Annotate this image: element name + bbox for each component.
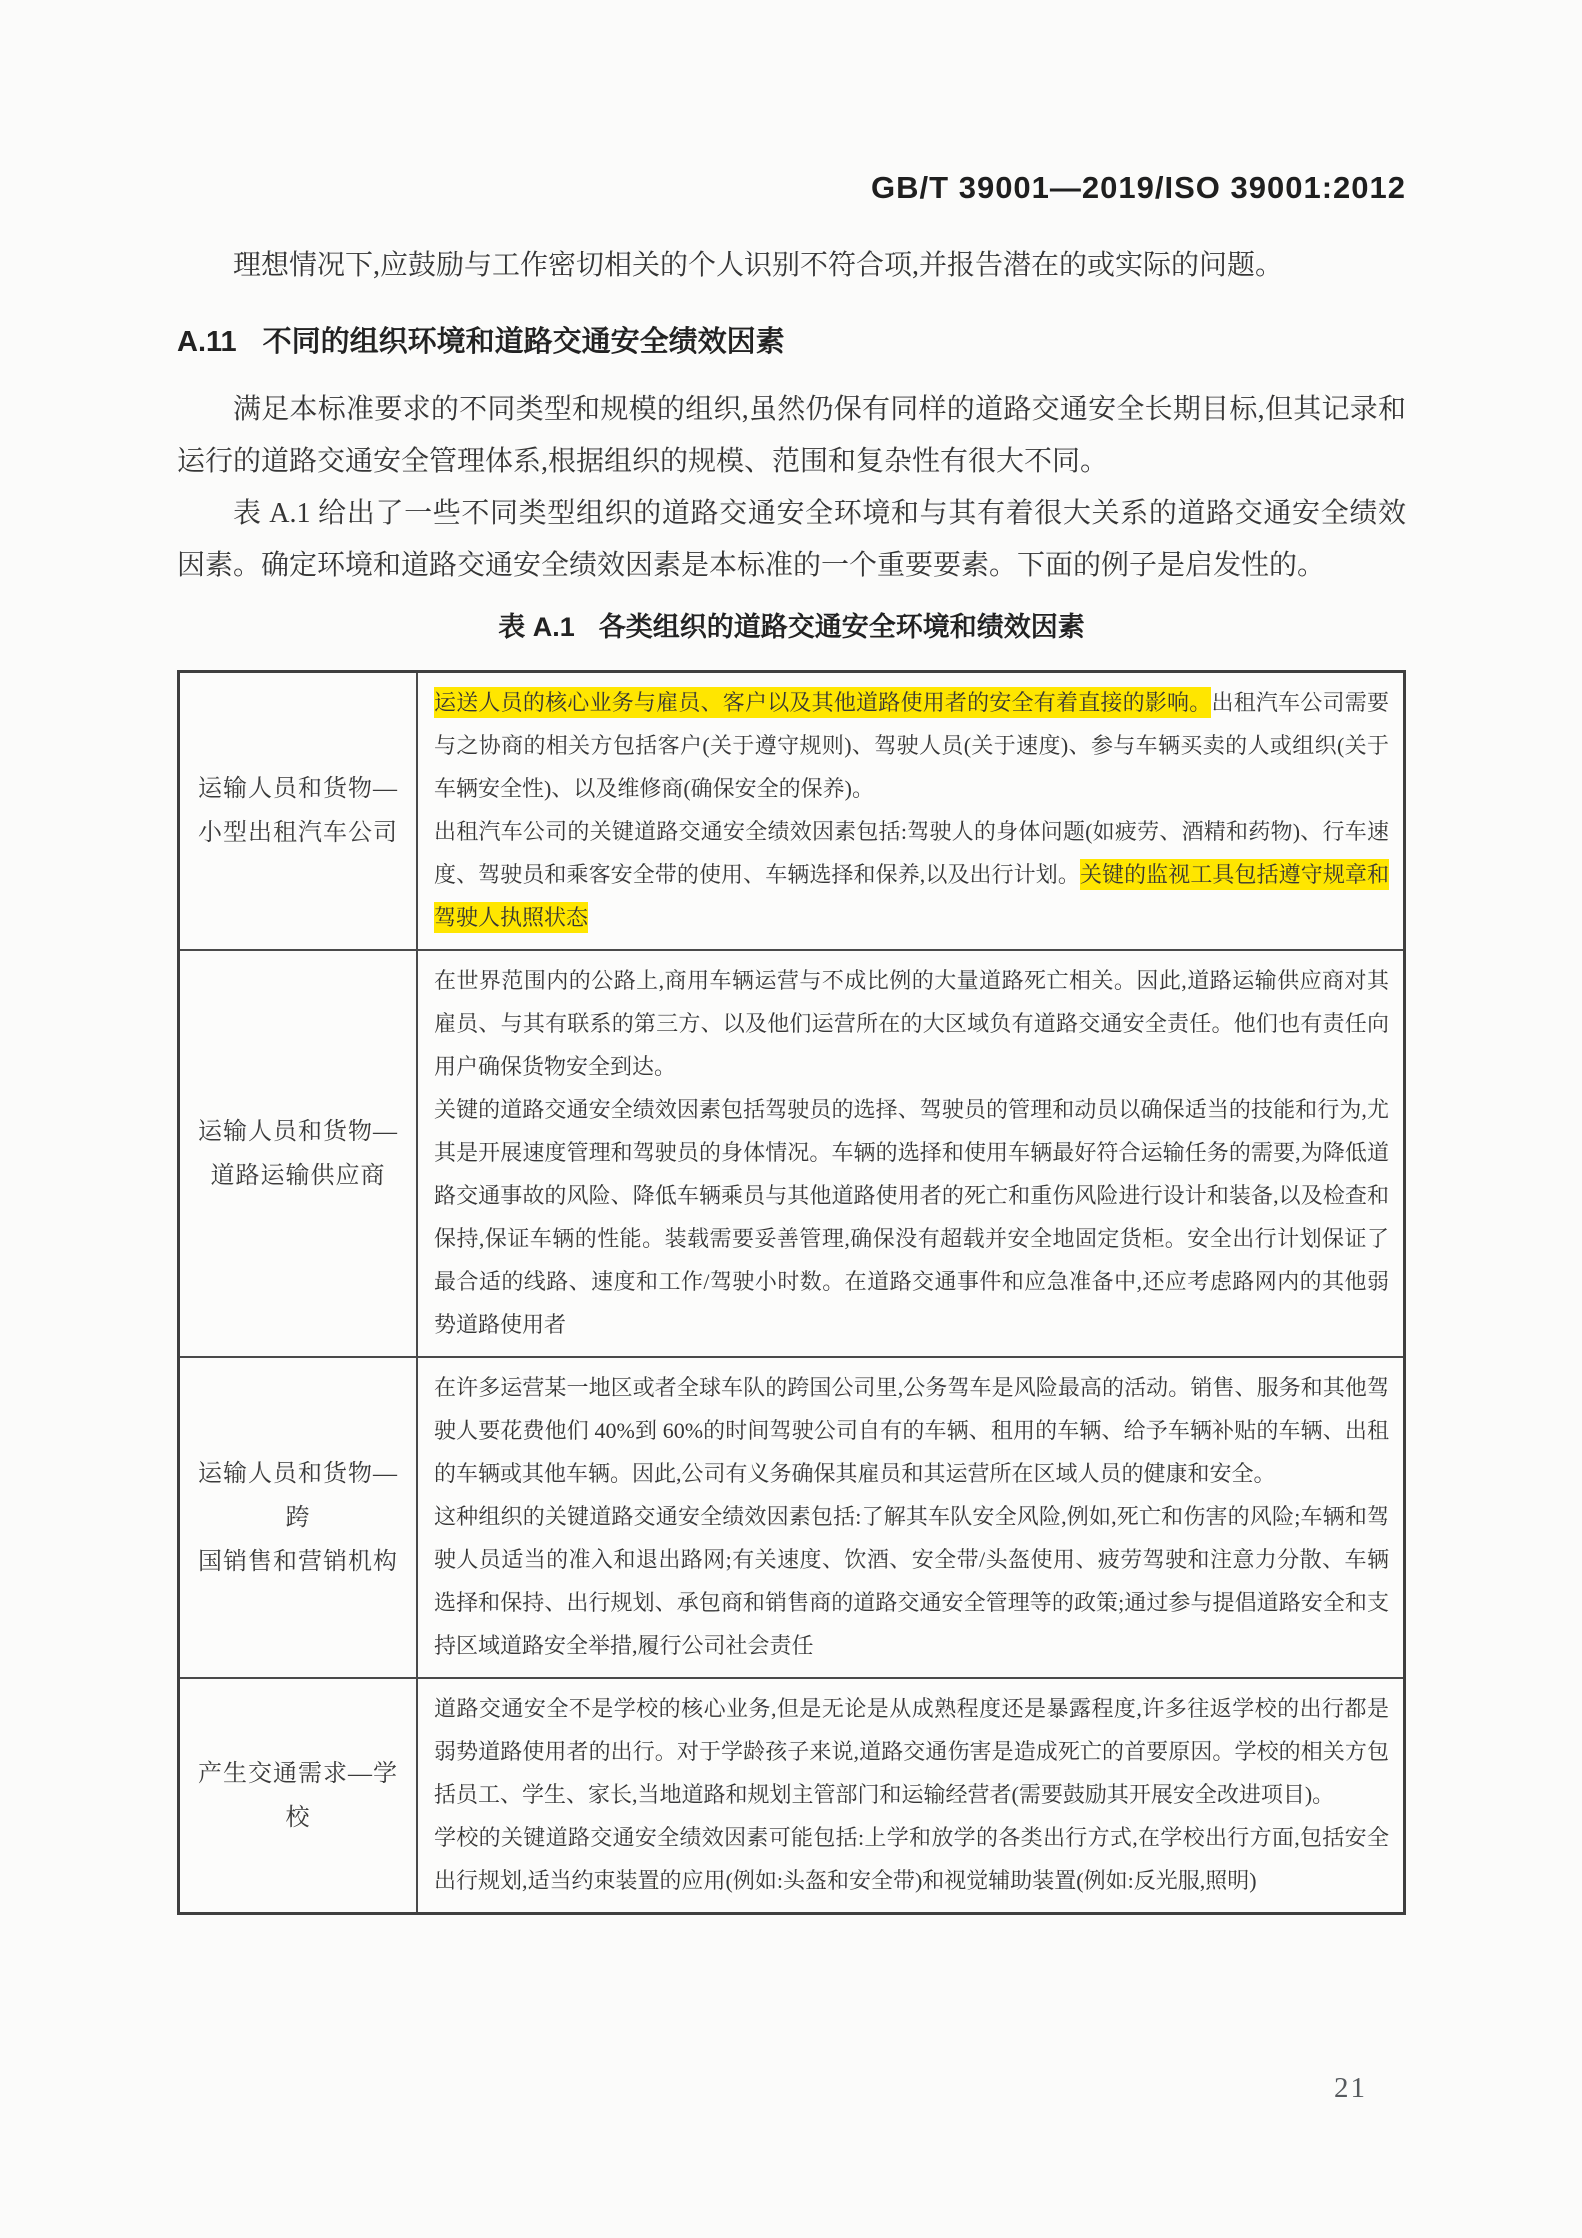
page-number: 21 [1334,2072,1367,2105]
table-caption-title: 各类组织的道路交通安全环境和绩效因素 [599,612,1085,642]
text-segment: 道路交通安全不是学校的核心业务,但是无论是从成熟程度还是暴露程度,许多往返学校的… [434,1696,1389,1807]
document-page: GB/T 39001—2019/ISO 39001:2012 理想情况下,应鼓励… [0,0,1582,2238]
cell-paragraph: 出租汽车公司的关键道路交通安全绩效因素包括:驾驶人的身体问题(如疲劳、酒精和药物… [434,810,1389,939]
table-a1: 运输人员和货物— 小型出租汽车公司运送人员的核心业务与雇员、客户以及其他道路使用… [177,670,1406,1915]
section-number: A.11 [177,326,237,358]
cell-paragraph: 在许多运营某一地区或者全球车队的跨国公司里,公务驾车是风险最高的活动。销售、服务… [434,1366,1389,1495]
row-label-cell: 产生交通需求—学校 [180,1679,418,1912]
table-caption: 表 A.1各类组织的道路交通安全环境和绩效因素 [177,606,1406,648]
section-title: 不同的组织环境和道路交通安全绩效因素 [263,326,785,358]
text-segment: 关键的道路交通安全绩效因素包括驾驶员的选择、驾驶员的管理和动员以确保适当的技能和… [434,1097,1389,1337]
row-content-cell: 运送人员的核心业务与雇员、客户以及其他道路使用者的安全有着直接的影响。出租汽车公… [418,673,1403,949]
body-paragraph-1: 满足本标准要求的不同类型和规模的组织,虽然仍保有同样的道路交通安全长期目标,但其… [177,384,1406,488]
row-label-cell: 运输人员和货物— 道路运输供应商 [180,951,418,1356]
text-segment: 在世界范围内的公路上,商用车辆运营与不成比例的大量道路死亡相关。因此,道路运输供… [434,968,1389,1079]
table-row: 运输人员和货物— 小型出租汽车公司运送人员的核心业务与雇员、客户以及其他道路使用… [180,673,1403,949]
section-heading: A.11不同的组织环境和道路交通安全绩效因素 [177,322,1406,362]
row-label-cell: 运输人员和货物— 小型出租汽车公司 [180,673,418,949]
cell-paragraph: 关键的道路交通安全绩效因素包括驾驶员的选择、驾驶员的管理和动员以确保适当的技能和… [434,1088,1389,1346]
cell-paragraph: 这种组织的关键道路交通安全绩效因素包括:了解其车队安全风险,例如,死亡和伤害的风… [434,1495,1389,1667]
row-label-cell: 运输人员和货物—跨 国销售和营销机构 [180,1358,418,1677]
highlighted-text: 运送人员的核心业务与雇员、客户以及其他道路使用者的安全有着直接的影响。 [434,687,1211,718]
body-paragraph-2: 表 A.1 给出了一些不同类型组织的道路交通安全环境和与其有着很大关系的道路交通… [177,488,1406,592]
standard-number-header: GB/T 39001—2019/ISO 39001:2012 [177,170,1406,206]
intro-paragraph: 理想情况下,应鼓励与工作密切相关的个人识别不符合项,并报告潜在的或实际的问题。 [177,240,1406,292]
row-content-cell: 在许多运营某一地区或者全球车队的跨国公司里,公务驾车是风险最高的活动。销售、服务… [418,1358,1403,1677]
row-content-cell: 在世界范围内的公路上,商用车辆运营与不成比例的大量道路死亡相关。因此,道路运输供… [418,951,1403,1356]
table-row: 运输人员和货物— 道路运输供应商在世界范围内的公路上,商用车辆运营与不成比例的大… [180,949,1403,1356]
table-row: 产生交通需求—学校道路交通安全不是学校的核心业务,但是无论是从成熟程度还是暴露程… [180,1677,1403,1912]
row-content-cell: 道路交通安全不是学校的核心业务,但是无论是从成熟程度还是暴露程度,许多往返学校的… [418,1679,1403,1912]
text-segment: 这种组织的关键道路交通安全绩效因素包括:了解其车队安全风险,例如,死亡和伤害的风… [434,1504,1389,1658]
cell-paragraph: 道路交通安全不是学校的核心业务,但是无论是从成熟程度还是暴露程度,许多往返学校的… [434,1687,1389,1816]
cell-paragraph: 运送人员的核心业务与雇员、客户以及其他道路使用者的安全有着直接的影响。出租汽车公… [434,681,1389,810]
cell-paragraph: 学校的关键道路交通安全绩效因素可能包括:上学和放学的各类出行方式,在学校出行方面… [434,1816,1389,1902]
text-segment: 在许多运营某一地区或者全球车队的跨国公司里,公务驾车是风险最高的活动。销售、服务… [434,1375,1389,1486]
text-segment: 学校的关键道路交通安全绩效因素可能包括:上学和放学的各类出行方式,在学校出行方面… [434,1825,1389,1893]
page-content: GB/T 39001—2019/ISO 39001:2012 理想情况下,应鼓励… [177,0,1406,1915]
table-row: 运输人员和货物—跨 国销售和营销机构在许多运营某一地区或者全球车队的跨国公司里,… [180,1356,1403,1677]
table-caption-label: 表 A.1 [498,612,575,642]
cell-paragraph: 在世界范围内的公路上,商用车辆运营与不成比例的大量道路死亡相关。因此,道路运输供… [434,959,1389,1088]
